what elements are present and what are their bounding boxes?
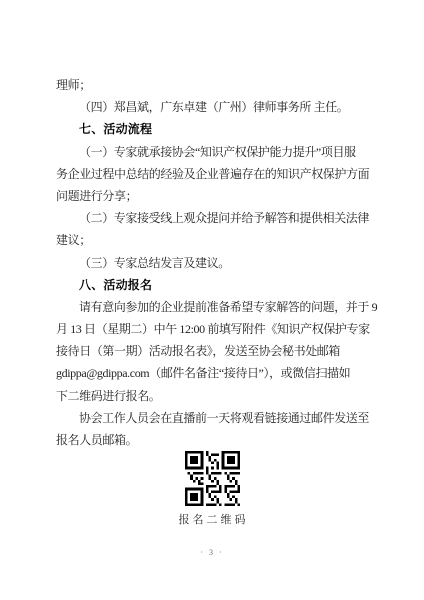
text-line: 问题进行分享； <box>56 185 370 207</box>
text-line: （二）专家接受线上观众提问并给予解答和提供相关法律 <box>56 207 370 229</box>
text-line: （四）郑昌斌，广东卓建（广州）律师事务所 主任。 <box>56 96 370 118</box>
qr-code-icon <box>185 451 240 506</box>
text-line: （三）专家总结发言及建议。 <box>56 252 370 274</box>
text-line: 月 13 日（星期二）中午 12:00 前填写附件《知识产权保护专家 <box>56 318 370 340</box>
text-line: 下二维码进行报名。 <box>56 385 370 407</box>
text-line-email: gdippa@gdippa.com（邮件名备注“接待日”），或微信扫描如 <box>56 362 370 384</box>
text-line: 请有意向参加的企业提前准备希望专家解答的问题，并于 9 <box>56 296 370 318</box>
document-body: 理师； （四）郑昌斌，广东卓建（广州）律师事务所 主任。 七、活动流程 （一）专… <box>56 74 370 451</box>
text-line: 协会工作人员会在直播前一天将观看链接通过邮件发送至 <box>56 407 370 429</box>
qr-caption: 报名二维码 <box>176 511 249 527</box>
text-line: 理师； <box>56 74 370 96</box>
text-line: 报名人员邮箱。 <box>56 429 370 451</box>
text-line: 接待日（第一期）活动报名表》，发送至协会秘书处邮箱 <box>56 340 370 362</box>
section-heading-activity-flow: 七、活动流程 <box>56 118 370 140</box>
text-line: （一）专家就承接协会“知识产权保护能力提升”项目服 <box>56 141 370 163</box>
section-heading-registration: 八、活动报名 <box>56 274 370 296</box>
document-page: 理师； （四）郑昌斌，广东卓建（广州）律师事务所 主任。 七、活动流程 （一）专… <box>0 0 424 600</box>
text-line: 务企业过程中总结的经验及企业普遍存在的知识产权保护方面 <box>56 163 370 185</box>
page-number: · 3 · <box>0 548 424 557</box>
registration-qr-block: 报名二维码 <box>0 451 424 527</box>
text-line: 建议； <box>56 229 370 251</box>
